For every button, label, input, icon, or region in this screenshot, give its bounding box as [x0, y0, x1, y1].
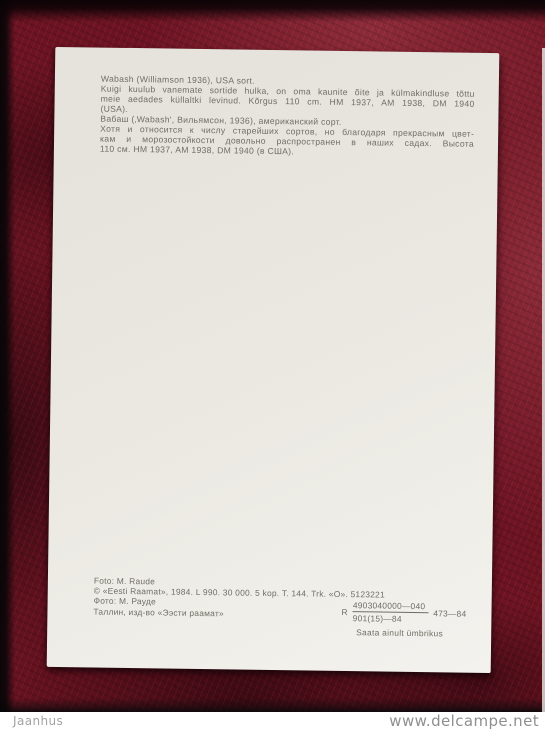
- variety-description: Wabash (Williamson 1936), USA sort. Kuig…: [100, 74, 475, 159]
- watermark-bar: Jaanhus www.delcampe.net: [0, 712, 545, 730]
- catalog-number-block: R 4903040000—040 901(15)—84 473—84: [341, 600, 466, 625]
- scanned-postcard-photo: Wabash (Williamson 1936), USA sort. Kuig…: [0, 0, 545, 730]
- watermark-seller-name: Jaanhus: [13, 714, 63, 728]
- postcard-back: Wabash (Williamson 1936), USA sort. Kuig…: [47, 47, 500, 673]
- catalog-suffix: 473—84: [433, 608, 466, 618]
- watermark-site-url: www.delcampe.net: [389, 712, 539, 730]
- catalog-numerator: 4903040000—040: [353, 600, 429, 613]
- mailing-note: Saata ainult ümbrikus: [356, 627, 516, 639]
- catalog-fraction: 4903040000—040 901(15)—84: [353, 600, 429, 624]
- leather-background: Wabash (Williamson 1936), USA sort. Kuig…: [0, 0, 545, 712]
- catalog-prefix: R: [341, 606, 347, 616]
- catalog-denominator: 901(15)—84: [353, 612, 402, 624]
